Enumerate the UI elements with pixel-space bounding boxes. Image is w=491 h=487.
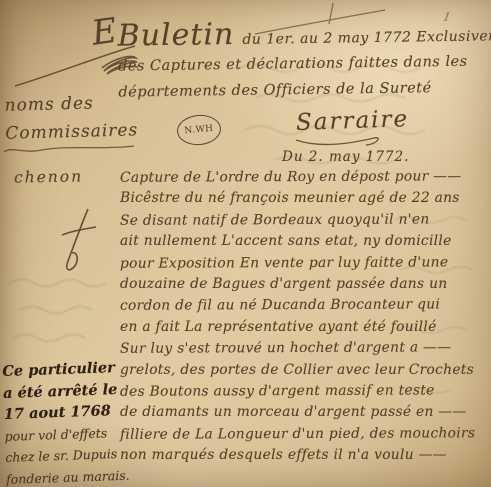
body-line: en a fait La représentative ayant été fo… xyxy=(120,317,488,338)
title-line2: des Captures et déclarations faittes dan… xyxy=(118,48,490,79)
body-line: des Boutons aussy d'argent massif en tes… xyxy=(120,380,488,403)
body-line: filliere de La Longueur d'un pied, des m… xyxy=(120,423,488,446)
margin-note-line: fonderie au marais. xyxy=(6,464,139,487)
body-line: Bicêstre du né françois meunier agé de 2… xyxy=(120,188,488,209)
commissioner-name: chenon xyxy=(14,167,83,186)
margin-note-line: a été arrêté le xyxy=(3,378,136,404)
body-line: ait nullement L'accent sans etat, ny dom… xyxy=(120,231,488,252)
body-line: Sur luy s'est trouvé un hochet d'argent … xyxy=(120,337,488,360)
body-line: Se disant natif de Bordeaux quoyqu'il n'… xyxy=(120,209,488,232)
title-word-bulletin: Buletin xyxy=(117,17,234,54)
title-date-range: du 1er. au 2 may 1772 Exclusivement xyxy=(242,28,491,48)
body-line: Capture de L'ordre du Roy en dépost pour… xyxy=(120,166,488,189)
margin-header-line2: Commissaires xyxy=(5,116,141,148)
section-heading-underline xyxy=(294,134,384,150)
body-line: pour Exposition En vente par luy faitte … xyxy=(120,252,488,275)
bleedthrough-marks-left xyxy=(5,268,125,363)
title-line3: départements des Officiers de la Sureté xyxy=(118,74,490,105)
manuscript-page: E noms des Commissaires chenon Ce partic… xyxy=(0,0,491,487)
body-line: non marqués desquels effets il n'a voulu… xyxy=(120,445,488,466)
body-line: grelots, des portes de Collier avec leur… xyxy=(120,360,488,381)
title-line1: Buletindu 1er. au 2 may 1772 Exclusiveme… xyxy=(117,13,489,53)
paraph-mark xyxy=(52,205,102,275)
bulletin-title: Buletindu 1er. au 2 may 1772 Exclusiveme… xyxy=(117,13,490,105)
margin-arrest-note: Ce particulier a été arrêté le 17 aout 1… xyxy=(2,356,138,487)
entry-date: Du 2. may 1772. xyxy=(282,149,409,165)
entry-body: Capture de L'ordre du Roy en dépost pour… xyxy=(120,167,488,467)
body-line: cordon de fil au né Ducanda Brocanteur q… xyxy=(120,295,488,318)
section-heading-name: Sarraire xyxy=(296,106,410,136)
body-line: de diamants un morceau d'argent passé en… xyxy=(120,402,488,423)
oval-stamp: N.WH xyxy=(176,113,222,147)
body-line: douzaine de Bagues d'argent passée dans … xyxy=(120,274,488,295)
